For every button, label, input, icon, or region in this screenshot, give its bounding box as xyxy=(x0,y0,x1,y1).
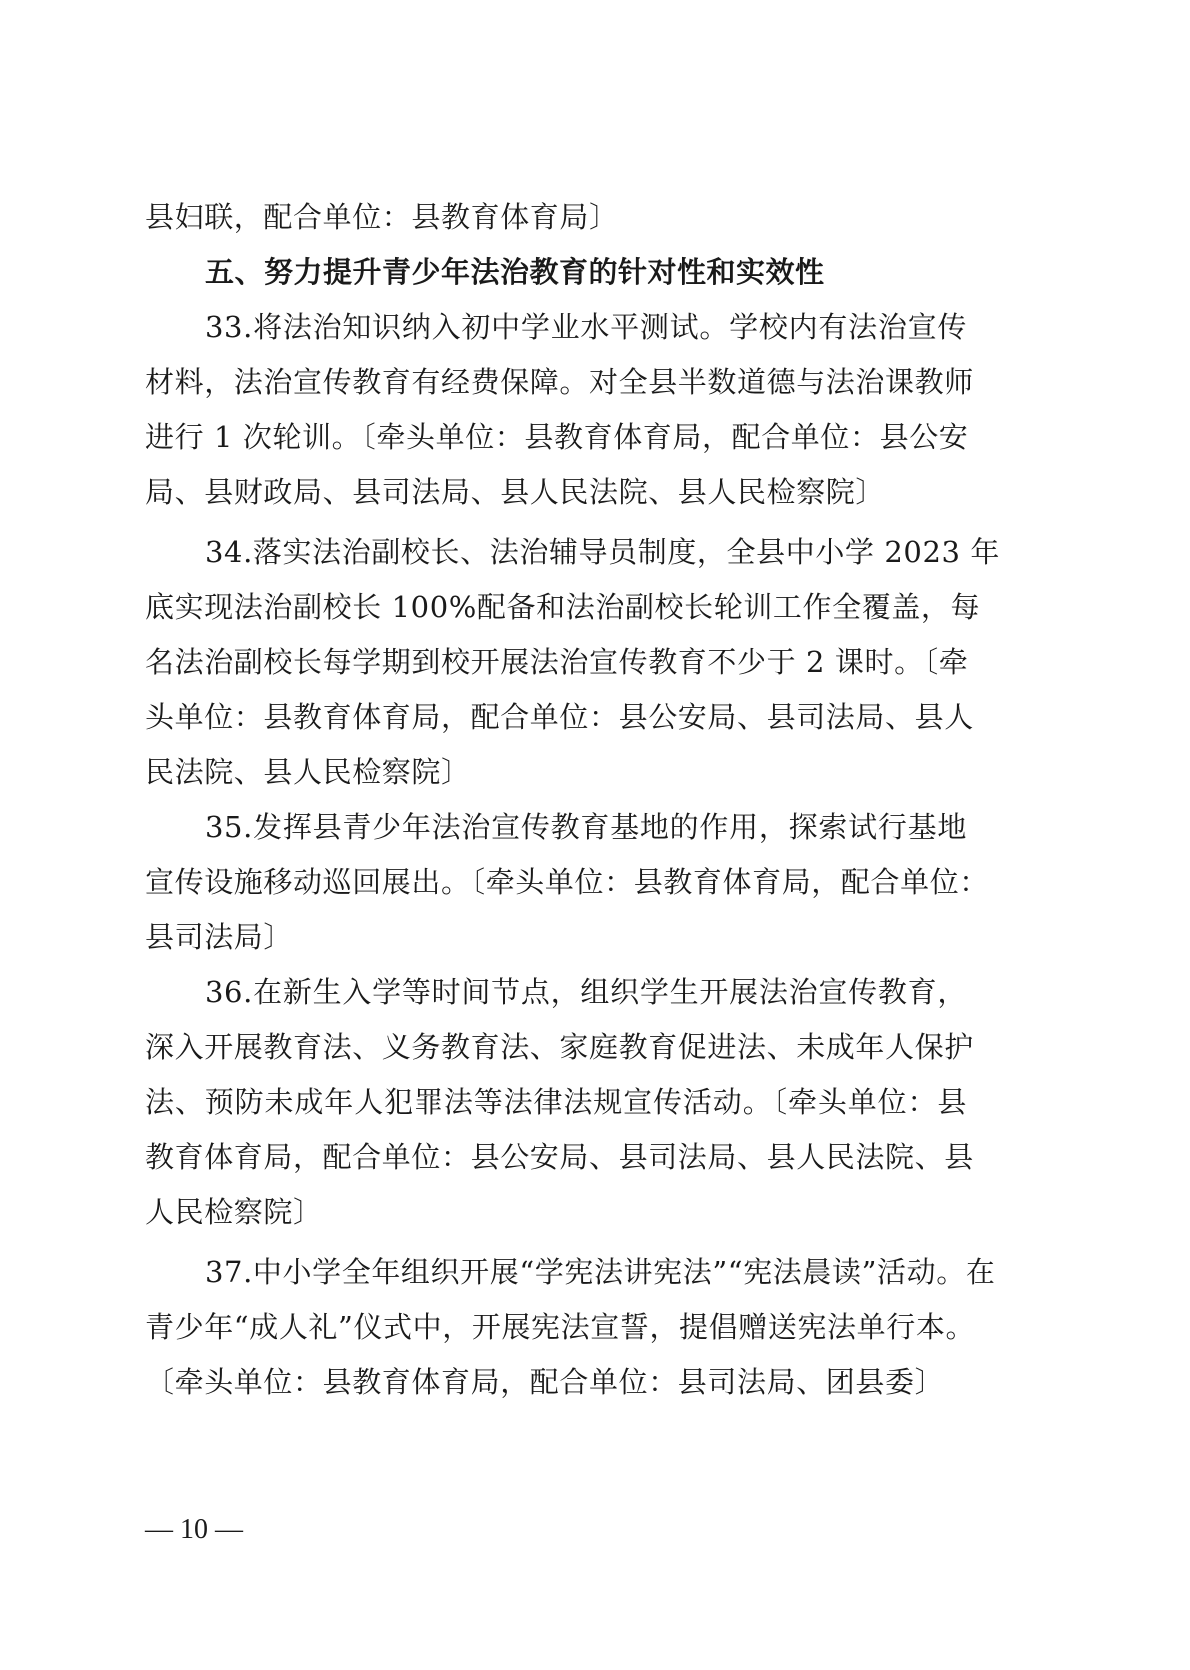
paragraph-37: 37.中小学全年组织开展“学宪法讲宪法”“宪法晨读”活动。在 青少年“成人礼”仪… xyxy=(145,1245,967,1410)
paragraph-33: 33.将法治知识纳入初中学业水平测试。学校内有法治宣传 材料，法治宣传教育有经费… xyxy=(145,300,967,520)
document-body: 县妇联，配合单位：县教育体育局〕 五、努力提升青少年法治教育的针对性和实效性 3… xyxy=(145,190,967,1410)
paragraph-34: 34.落实法治副校长、法治辅导员制度，全县中小学 2023 年 底实现法治副校长… xyxy=(145,525,967,800)
paragraph-line: 〔牵头单位：县教育体育局，配合单位：县司法局、团县委〕 xyxy=(145,1355,967,1410)
paragraph-line: 33.将法治知识纳入初中学业水平测试。学校内有法治宣传 xyxy=(145,300,967,355)
paragraph-line: 深入开展教育法、义务教育法、家庭教育促进法、未成年人保护 xyxy=(145,1020,967,1075)
paragraph-line: 人民检察院〕 xyxy=(145,1185,967,1240)
paragraph-line: 法、预防未成年人犯罪法等法律法规宣传活动。〔牵头单位：县 xyxy=(145,1075,967,1130)
paragraph-line: 教育体育局，配合单位：县公安局、县司法局、县人民法院、县 xyxy=(145,1130,967,1185)
paragraph-line: 头单位：县教育体育局，配合单位：县公安局、县司法局、县人 xyxy=(145,690,967,745)
paragraph-line: 底实现法治副校长 100%配备和法治副校长轮训工作全覆盖，每 xyxy=(145,580,967,635)
document-page: 县妇联，配合单位：县教育体育局〕 五、努力提升青少年法治教育的针对性和实效性 3… xyxy=(0,0,1190,1670)
paragraph-line: 宣传设施移动巡回展出。〔牵头单位：县教育体育局，配合单位： xyxy=(145,855,967,910)
section-heading: 五、努力提升青少年法治教育的针对性和实效性 xyxy=(145,245,967,300)
paragraph-line: 名法治副校长每学期到校开展法治宣传教育不少于 2 课时。〔牵 xyxy=(145,635,967,690)
paragraph-line: 民法院、县人民检察院〕 xyxy=(145,745,967,800)
carry-over-line: 县妇联，配合单位：县教育体育局〕 xyxy=(145,190,967,245)
paragraph-35: 35.发挥县青少年法治宣传教育基地的作用，探索试行基地 宣传设施移动巡回展出。〔… xyxy=(145,800,967,965)
paragraph-line: 35.发挥县青少年法治宣传教育基地的作用，探索试行基地 xyxy=(145,800,967,855)
paragraph-36: 36.在新生入学等时间节点，组织学生开展法治宣传教育， 深入开展教育法、义务教育… xyxy=(145,965,967,1240)
paragraph-line: 局、县财政局、县司法局、县人民法院、县人民检察院〕 xyxy=(145,465,967,520)
paragraph-line: 36.在新生入学等时间节点，组织学生开展法治宣传教育， xyxy=(145,965,967,1020)
paragraph-line: 37.中小学全年组织开展“学宪法讲宪法”“宪法晨读”活动。在 xyxy=(145,1245,967,1300)
page-number: — 10 — xyxy=(145,1510,243,1550)
paragraph-line: 34.落实法治副校长、法治辅导员制度，全县中小学 2023 年 xyxy=(145,525,967,580)
paragraph-line: 材料，法治宣传教育有经费保障。对全县半数道德与法治课教师 xyxy=(145,355,967,410)
paragraph-line: 青少年“成人礼”仪式中，开展宪法宣誓，提倡赠送宪法单行本。 xyxy=(145,1300,967,1355)
paragraph-line: 县司法局〕 xyxy=(145,910,967,965)
paragraph-line: 进行 1 次轮训。〔牵头单位：县教育体育局，配合单位：县公安 xyxy=(145,410,967,465)
